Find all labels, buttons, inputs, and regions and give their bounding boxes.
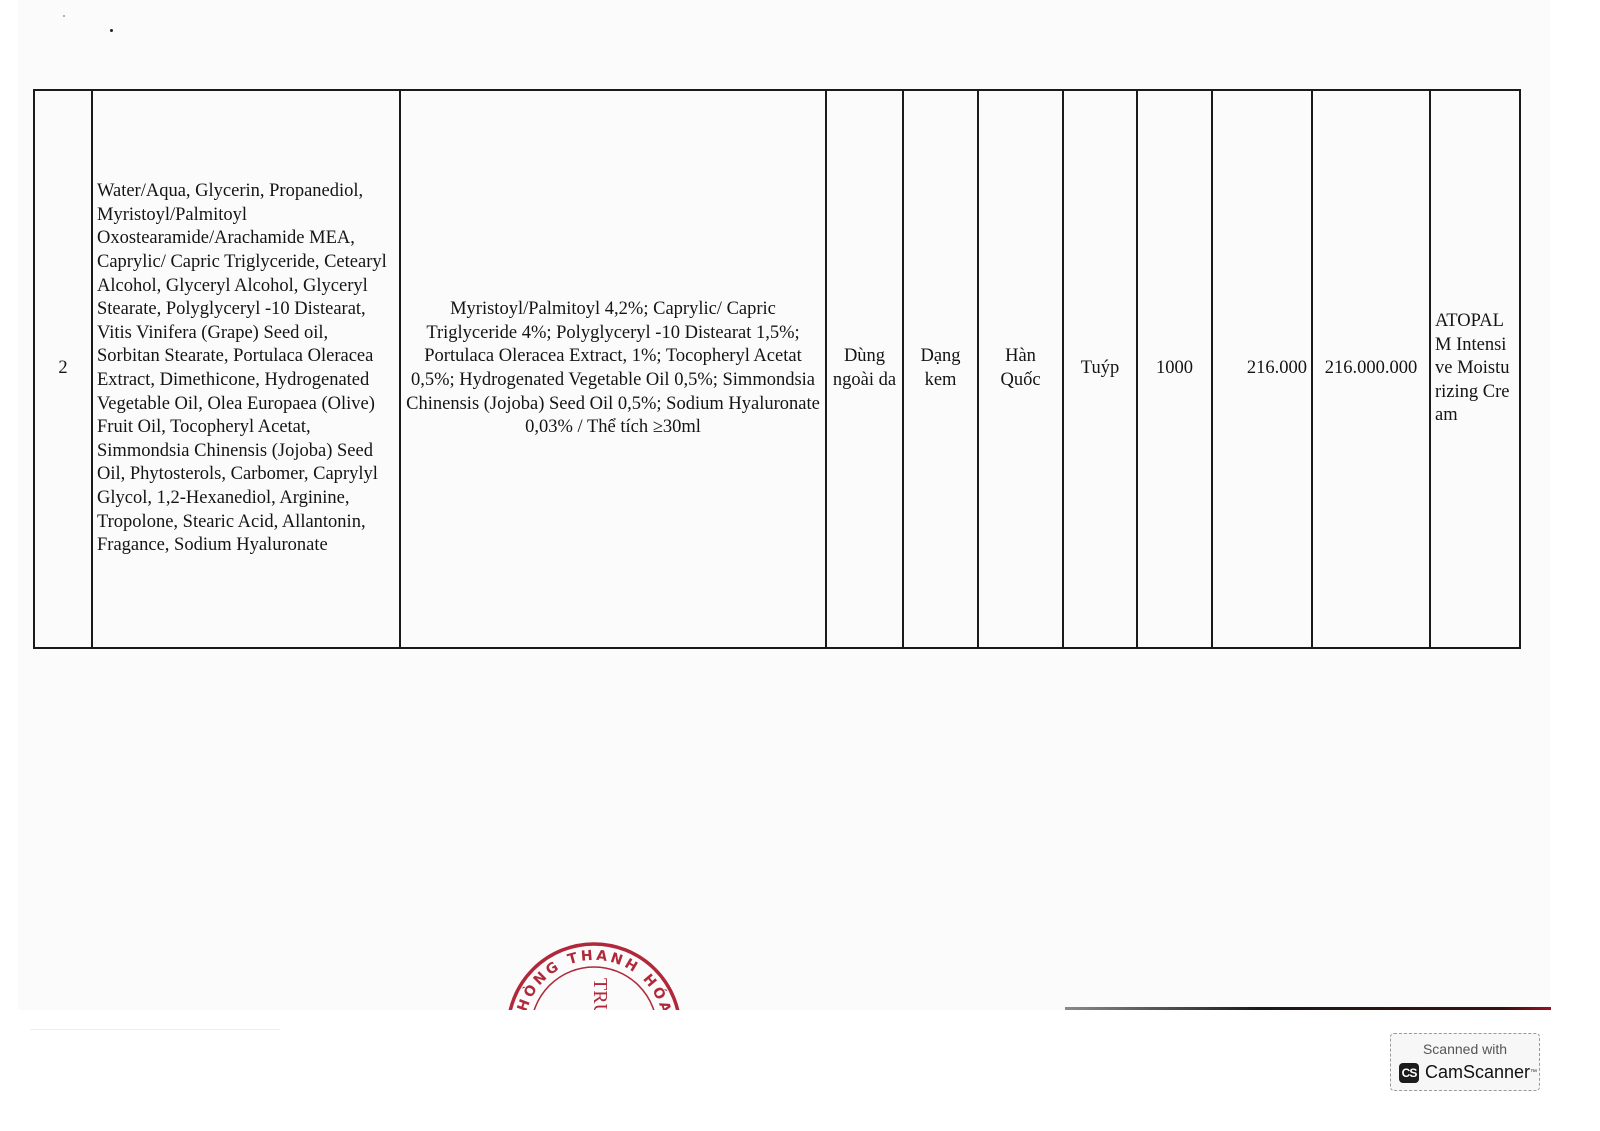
watermark-brand: CamScanner <box>1425 1062 1530 1083</box>
concentration-cell: Myristoyl/Palmitoyl 4,2%; Caprylic/ Capr… <box>400 90 826 648</box>
row-index: 2 <box>34 90 92 648</box>
camscanner-logo-icon: CS <box>1399 1063 1419 1083</box>
watermark-caption: Scanned with <box>1391 1041 1539 1057</box>
camscanner-watermark: Scanned with CS CamScanner ™ <box>1390 1033 1540 1091</box>
unit-cell: Tuýp <box>1063 90 1137 648</box>
svg-text:TRUNG DA: TRUNG DA <box>589 978 611 1010</box>
scan-speck <box>63 15 65 17</box>
table-row: 2 Water/Aqua, Glycerin, Propanediol, Myr… <box>34 90 1520 648</box>
route-cell: Dùng ngoài da <box>826 90 903 648</box>
scan-speck <box>110 29 113 32</box>
footer-rule-faint <box>30 1029 280 1030</box>
total-cell: 216.000.000 <box>1312 90 1430 648</box>
origin-cell: Hàn Quốc <box>978 90 1063 648</box>
footer-rule <box>1065 1007 1551 1010</box>
product-table: 2 Water/Aqua, Glycerin, Propanediol, Myr… <box>33 89 1521 649</box>
trademark-mark: ™ <box>1530 1069 1537 1076</box>
dosage-form-cell: Dạng kem <box>903 90 978 648</box>
product-name-cell: ATOPALM Intensive Moisturizing Cream <box>1430 90 1520 648</box>
ingredients-cell: Water/Aqua, Glycerin, Propanediol, Myris… <box>92 90 400 648</box>
official-stamp: PHÒNG THANH HÓA * SỞ TRUNG DA <box>502 938 686 1010</box>
unit-price-cell: 216.000 <box>1212 90 1312 648</box>
stamp-seal-icon: PHÒNG THANH HÓA * SỞ TRUNG DA <box>502 938 686 1010</box>
quantity-cell: 1000 <box>1137 90 1212 648</box>
